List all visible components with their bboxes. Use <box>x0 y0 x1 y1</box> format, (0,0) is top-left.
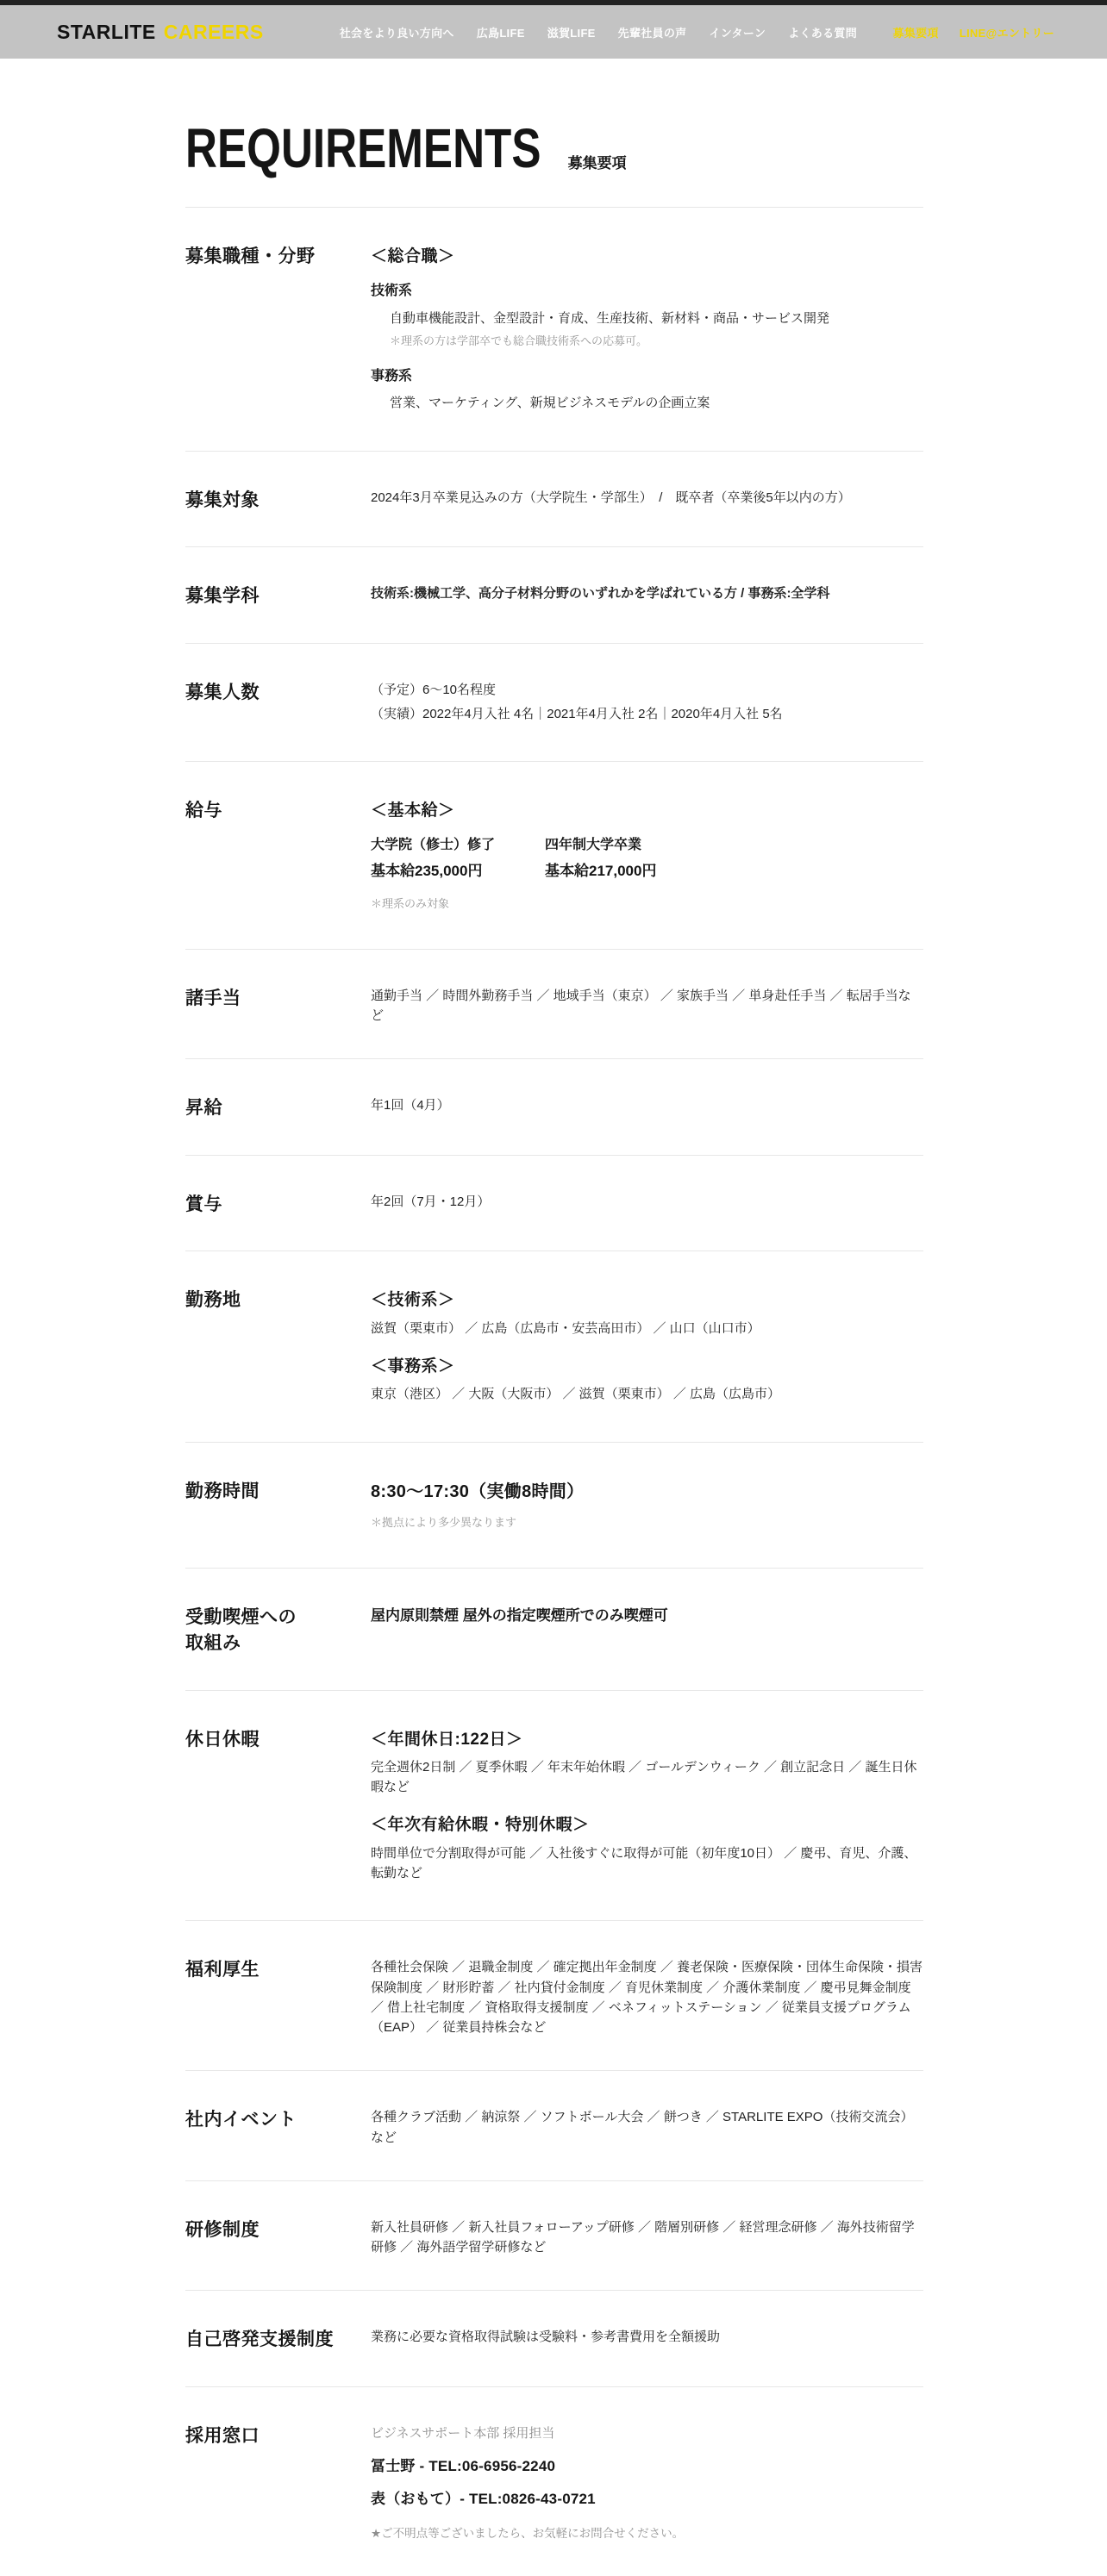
bonus-value: 年2回（7月・12月） <box>371 1192 923 1218</box>
allowances-value: 通勤手当 ／ 時間外勤務手当 ／ 地域手当（東京） ／ 家族手当 ／ 単身赴任手… <box>371 986 923 1026</box>
section-raise: 昇給 年1回（4月） <box>185 1058 923 1154</box>
section-label: 募集人数 <box>185 680 371 729</box>
nav-item-shiga-life[interactable]: 滋賀LIFE <box>547 24 596 41</box>
logo[interactable]: STARLITE CAREERS <box>57 21 264 44</box>
holidays-paid-list: 時間単位で分割取得が可能 ／ 入社後すぐに取得が可能（初年度10日） ／ 慶弔、… <box>371 1843 923 1884</box>
page-subtitle: 募集要項 <box>568 151 627 176</box>
raise-value: 年1回（4月） <box>371 1095 923 1121</box>
salary-bachelor-title: 四年制大学卒業 <box>545 835 656 857</box>
section-self-development: 自己啓発支援制度 業務に必要な資格取得試験は受験料・参考書費用を全額援助 <box>185 2290 923 2386</box>
section-label: 休日休暇 <box>185 1727 371 1888</box>
title-block: REQUIREMENTS 募集要項 <box>0 59 1107 176</box>
main-nav: 社会をより良い方向へ 広島LIFE 滋賀LIFE 先輩社員の声 インターン よく… <box>340 24 857 41</box>
nav-item-hiroshima-life[interactable]: 広島LIFE <box>477 24 525 41</box>
section-departments: 募集学科 技術系:機械工学、高分子材料分野のいずれかを学ばれている方 / 事務系… <box>185 546 923 642</box>
departments-value: 技術系:機械工学、高分子材料分野のいずれかを学ばれている方 / 事務系:全学科 <box>371 583 923 609</box>
hours-note: ＊拠点により多少異なります <box>371 1514 923 1531</box>
job-type-tech-note: ＊理系の方は学部卒でも総合職技術系への応募可。 <box>371 333 923 350</box>
section-hours: 勤務時間 8:30〜17:30（実働8時間） ＊拠点により多少異なります <box>185 1442 923 1568</box>
section-label: 賞与 <box>185 1192 371 1218</box>
training-value: 新入社員研修 ／ 新入社員フォローアップ研修 ／ 階層別研修 ／ 経営理念研修 … <box>371 2217 923 2258</box>
section-contact: 採用窓口 ビジネスサポート本部 採用担当 冨士野 - TEL:06-6956-2… <box>185 2386 923 2576</box>
salary-col-masters: 大学院（修士）修了 基本給235,000円 ＊理系のみ対象 <box>371 835 495 915</box>
section-smoking: 受動喫煙への 取組み 屋内原則禁煙 屋外の指定喫煙所でのみ喫煙可 <box>185 1568 923 1690</box>
location-office-heading: ＜事務系＞ <box>371 1354 923 1379</box>
section-training: 研修制度 新入社員研修 ／ 新入社員フォローアップ研修 ／ 階層別研修 ／ 経営… <box>185 2180 923 2291</box>
holidays-annual-heading: ＜年間休日:122日＞ <box>371 1727 923 1752</box>
location-office-value: 東京（港区） ／ 大阪（大阪市） ／ 滋賀（栗東市） ／ 広島（広島市） <box>371 1384 923 1404</box>
events-value: 各種クラブ活動 ／ 納涼祭 ／ ソフトボール大会 ／ 餅つき ／ STARLIT… <box>371 2107 923 2148</box>
self-development-value: 業務に必要な資格取得試験は受験料・参考書費用を全額援助 <box>371 2327 923 2353</box>
section-benefits: 福利厚生 各種社会保険 ／ 退職金制度 ／ 確定拠出年金制度 ／ 養老保険・医療… <box>185 1920 923 2070</box>
job-type-office-label: 事務系 <box>371 366 923 388</box>
salary-columns: 大学院（修士）修了 基本給235,000円 ＊理系のみ対象 四年制大学卒業 基本… <box>371 835 923 915</box>
requirements-table: 募集職種・分野 ＜総合職＞ 技術系 自動車機能設計、金型設計・育成、生産技術、新… <box>185 207 923 2576</box>
section-label: 採用窓口 <box>185 2423 371 2543</box>
nav-item-mission[interactable]: 社会をより良い方向へ <box>340 24 454 41</box>
job-type-office-value: 営業、マーケティング、新規ビジネスモデルの企画立案 <box>371 393 923 413</box>
section-events: 社内イベント 各種クラブ活動 ／ 納涼祭 ／ ソフトボール大会 ／ 餅つき ／ … <box>185 2070 923 2180</box>
nav-item-requirements[interactable]: 募集要項 <box>893 24 939 41</box>
nav-item-employee-voice[interactable]: 先輩社員の声 <box>618 24 687 41</box>
contact-note: ★ご不明点等ございましたら、お気軽にお問合せください。 <box>371 2525 923 2543</box>
page-title: REQUIREMENTS <box>185 121 541 176</box>
section-holidays: 休日休暇 ＜年間休日:122日＞ 完全週休2日制 ／ 夏季休暇 ／ 年末年始休暇… <box>185 1690 923 1921</box>
page: STARLITE CAREERS 社会をより良い方向へ 広島LIFE 滋賀LIF… <box>0 0 1107 2576</box>
contact-department: ビジネスサポート本部 採用担当 <box>371 2423 923 2443</box>
smoking-value: 屋内原則禁煙 屋外の指定喫煙所でのみ喫煙可 <box>371 1605 923 1657</box>
section-label: 研修制度 <box>185 2217 371 2258</box>
section-label: 給与 <box>185 798 371 916</box>
section-salary: 給与 ＜基本給＞ 大学院（修士）修了 基本給235,000円 ＊理系のみ対象 四… <box>185 761 923 949</box>
section-label: 募集対象 <box>185 488 371 514</box>
section-label: 勤務時間 <box>185 1479 371 1535</box>
logo-careers[interactable]: CAREERS <box>164 21 264 44</box>
holidays-paid-heading: ＜年次有給休暇・特別休暇＞ <box>371 1812 923 1837</box>
location-tech-value: 滋賀（栗東市） ／ 広島（広島市・安芸高田市） ／ 山口（山口市） <box>371 1319 923 1338</box>
hours-value: 8:30〜17:30（実働8時間） ＊拠点により多少異なります <box>371 1479 923 1535</box>
salary-col-bachelor: 四年制大学卒業 基本給217,000円 <box>545 835 656 915</box>
section-bonus: 賞与 年2回（7月・12月） <box>185 1155 923 1251</box>
section-label: 昇給 <box>185 1095 371 1121</box>
headcount-planned: （予定）6〜10名程度 <box>371 680 923 700</box>
logo-starlite[interactable]: STARLITE <box>57 21 156 44</box>
holidays-value: ＜年間休日:122日＞ 完全週休2日制 ／ 夏季休暇 ／ 年末年始休暇 ／ ゴー… <box>371 1727 923 1888</box>
salary-value: ＜基本給＞ 大学院（修士）修了 基本給235,000円 ＊理系のみ対象 四年制大… <box>371 798 923 916</box>
section-label: 社内イベント <box>185 2107 371 2148</box>
contact-value: ビジネスサポート本部 採用担当 冨士野 - TEL:06-6956-2240 表… <box>371 2423 923 2543</box>
salary-masters-note: ＊理系のみ対象 <box>371 895 495 913</box>
location-value: ＜技術系＞ 滋賀（栗東市） ／ 広島（広島市・安芸高田市） ／ 山口（山口市） … <box>371 1288 923 1408</box>
section-job-type: 募集職種・分野 ＜総合職＞ 技術系 自動車機能設計、金型設計・育成、生産技術、新… <box>185 207 923 451</box>
contact-phone-omote: 表（おもて）- TEL:0826-43-0721 <box>371 2488 923 2511</box>
section-label: 福利厚生 <box>185 1957 371 2037</box>
salary-masters-title: 大学院（修士）修了 <box>371 835 495 857</box>
benefits-value: 各種社会保険 ／ 退職金制度 ／ 確定拠出年金制度 ／ 養老保険・医療保険・団体… <box>371 1957 923 2037</box>
holidays-annual-list: 完全週休2日制 ／ 夏季休暇 ／ 年末年始休暇 ／ ゴールデンウィーク ／ 創立… <box>371 1757 923 1798</box>
section-allowances: 諸手当 通勤手当 ／ 時間外勤務手当 ／ 地域手当（東京） ／ 家族手当 ／ 単… <box>185 949 923 1059</box>
section-location: 勤務地 ＜技術系＞ 滋賀（栗東市） ／ 広島（広島市・安芸高田市） ／ 山口（山… <box>185 1251 923 1441</box>
nav-highlight-group: 募集要項 LINE@エントリー <box>893 24 1055 41</box>
section-label: 勤務地 <box>185 1288 371 1408</box>
nav-item-faq[interactable]: よくある質問 <box>788 24 857 41</box>
target-value: 2024年3月卒業見込みの方（大学院生・学部生） / 既卒者（卒業後5年以内の方… <box>371 488 923 514</box>
section-label: 受動喫煙への 取組み <box>185 1605 371 1657</box>
job-type-heading: ＜総合職＞ <box>371 244 923 269</box>
section-target: 募集対象 2024年3月卒業見込みの方（大学院生・学部生） / 既卒者（卒業後5… <box>185 451 923 546</box>
salary-masters-amount: 基本給235,000円 <box>371 860 495 883</box>
section-value: ＜総合職＞ 技術系 自動車機能設計、金型設計・育成、生産技術、新材料・商品・サー… <box>371 244 923 418</box>
nav-item-intern[interactable]: インターン <box>709 24 766 41</box>
section-headcount: 募集人数 （予定）6〜10名程度 （実績）2022年4月入社 4名｜2021年4… <box>185 643 923 762</box>
job-type-tech-value: 自動車機能設計、金型設計・育成、生産技術、新材料・商品・サービス開発 <box>371 309 923 328</box>
salary-heading: ＜基本給＞ <box>371 798 923 823</box>
section-label: 募集学科 <box>185 583 371 609</box>
headcount-actual: （実績）2022年4月入社 4名｜2021年4月入社 2名｜2020年4月入社 … <box>371 704 923 724</box>
hours-time: 8:30〜17:30（実働8時間） <box>371 1479 923 1506</box>
headcount-value: （予定）6〜10名程度 （実績）2022年4月入社 4名｜2021年4月入社 2… <box>371 680 923 729</box>
smoking-policy: 屋内原則禁煙 屋外の指定喫煙所でのみ喫煙可 <box>371 1605 923 1627</box>
section-label: 自己啓発支援制度 <box>185 2327 371 2353</box>
location-tech-heading: ＜技術系＞ <box>371 1288 923 1313</box>
section-label: 募集職種・分野 <box>185 244 371 418</box>
site-header: STARLITE CAREERS 社会をより良い方向へ 広島LIFE 滋賀LIF… <box>0 5 1107 59</box>
nav-item-line-entry[interactable]: LINE@エントリー <box>960 24 1054 41</box>
section-label: 諸手当 <box>185 986 371 1026</box>
contact-phone-fujino: 冨士野 - TEL:06-6956-2240 <box>371 2455 923 2478</box>
job-type-tech-label: 技術系 <box>371 281 923 303</box>
salary-bachelor-amount: 基本給217,000円 <box>545 860 656 883</box>
